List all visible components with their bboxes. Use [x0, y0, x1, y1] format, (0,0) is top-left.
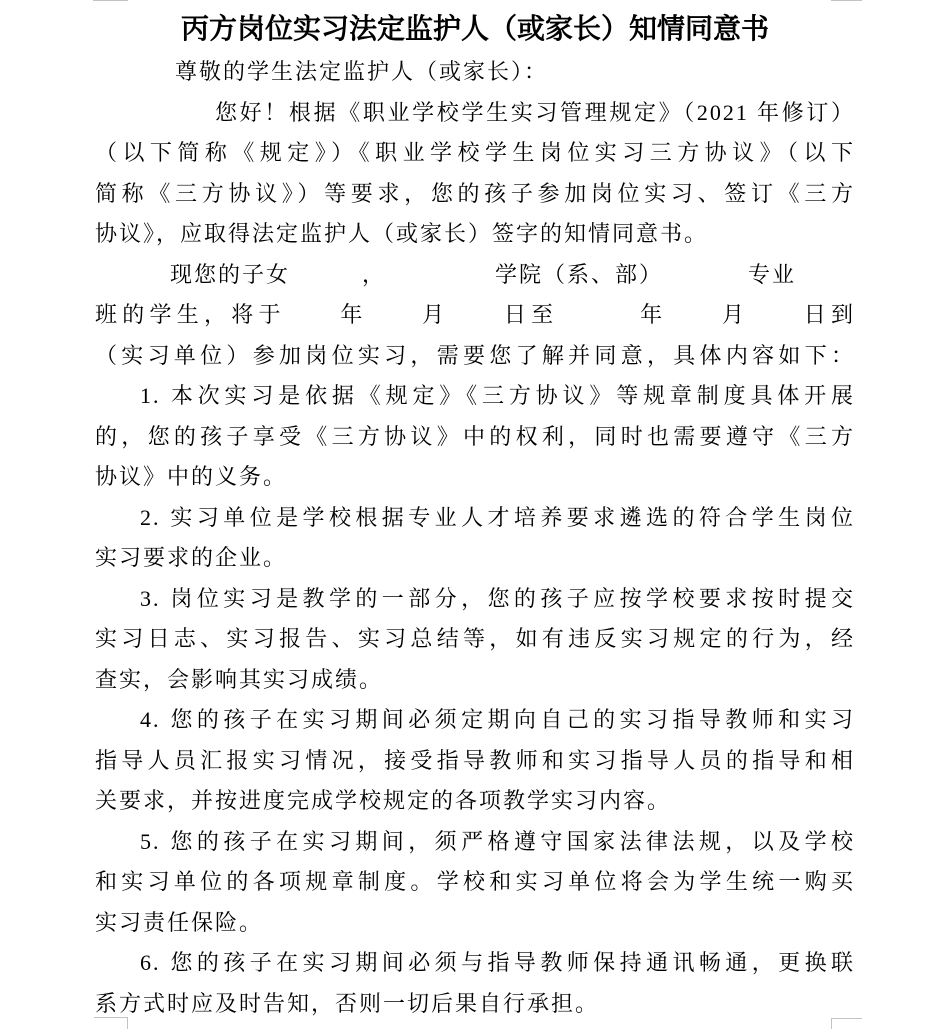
- document-line-item-4: 关要求，并按进度完成学校规定的各项教学实习内容。: [95, 781, 855, 822]
- document-line-item-5: 和实习单位的各项规章制度。学校和实习单位将会为学生统一购买: [95, 862, 855, 903]
- document-page: 丙方岗位实习法定监护人（或家长）知情同意书 尊敬的学生法定监护人（或家长）：您好…: [0, 0, 949, 1029]
- document-title: 丙方岗位实习法定监护人（或家长）知情同意书: [95, 6, 855, 52]
- document-line-intro: 简称《三方协议》）等要求，您的孩子参加岗位实习、签订《三方: [95, 174, 855, 215]
- document-line-intro: 协议》，应取得法定监护人（或家长）签字的知情同意书。: [95, 214, 855, 255]
- text-boundary-mark-top-left: [93, 0, 128, 1]
- document-line-item-4: 指导人员汇报实习情况，接受指导教师和实习指导人员的指导和相: [95, 741, 855, 782]
- document-line-item-5: 5. 您的孩子在实习期间，须严格遵守国家法律法规，以及学校: [95, 822, 855, 863]
- document-line-item-6: 6. 您的孩子在实习期间必须与指导教师保持通讯畅通，更换联: [95, 943, 855, 984]
- document-content: 丙方岗位实习法定监护人（或家长）知情同意书 尊敬的学生法定监护人（或家长）：您好…: [95, 6, 855, 1024]
- document-line-item-3: 实习日志、实习报告、实习总结等，如有违反实习规定的行为，经: [95, 619, 855, 660]
- document-line-intro: 您好！根据《职业学校学生实习管理规定》（2021 年修订）: [95, 93, 855, 134]
- document-body: 尊敬的学生法定监护人（或家长）：您好！根据《职业学校学生实习管理规定》（2021…: [95, 52, 855, 1024]
- document-line-item-3: 查实，会影响其实习成绩。: [95, 660, 855, 701]
- document-line-item-1: 的，您的孩子享受《三方协议》中的权利，同时也需要遵守《三方: [95, 417, 855, 458]
- document-line-item-3: 3. 岗位实习是教学的一部分，您的孩子应按学校要求按时提交: [95, 579, 855, 620]
- document-line-intro: （以下简称《规定》）《职业学校学生岗位实习三方协议》（以下: [95, 133, 855, 174]
- document-line-salutation: 尊敬的学生法定监护人（或家长）：: [95, 52, 855, 93]
- text-boundary-mark-top-right: [831, 0, 862, 1]
- document-line-student-info-blanks: （实习单位）参加岗位实习，需要您了解并同意，具体内容如下：: [95, 336, 855, 377]
- document-line-item-1: 协议》中的义务。: [95, 457, 855, 498]
- document-line-item-5: 实习责任保险。: [95, 903, 855, 944]
- document-line-student-info-blanks: 现您的子女 ， 学院（系、部） 专业: [95, 255, 855, 296]
- document-line-student-info-blanks: 班的学生，将于 年 月 日至 年 月 日到: [95, 295, 855, 336]
- document-line-item-2: 2. 实习单位是学校根据专业人才培养要求遴选的符合学生岗位: [95, 498, 855, 539]
- document-line-item-6: 系方式时应及时告知，否则一切后果自行承担。: [95, 984, 855, 1025]
- document-line-item-1: 1. 本次实习是依据《规定》《三方协议》等规章制度具体开展: [95, 376, 855, 417]
- document-line-item-4: 4. 您的孩子在实习期间必须定期向自己的实习指导教师和实习: [95, 700, 855, 741]
- document-line-item-2: 实习要求的企业。: [95, 538, 855, 579]
